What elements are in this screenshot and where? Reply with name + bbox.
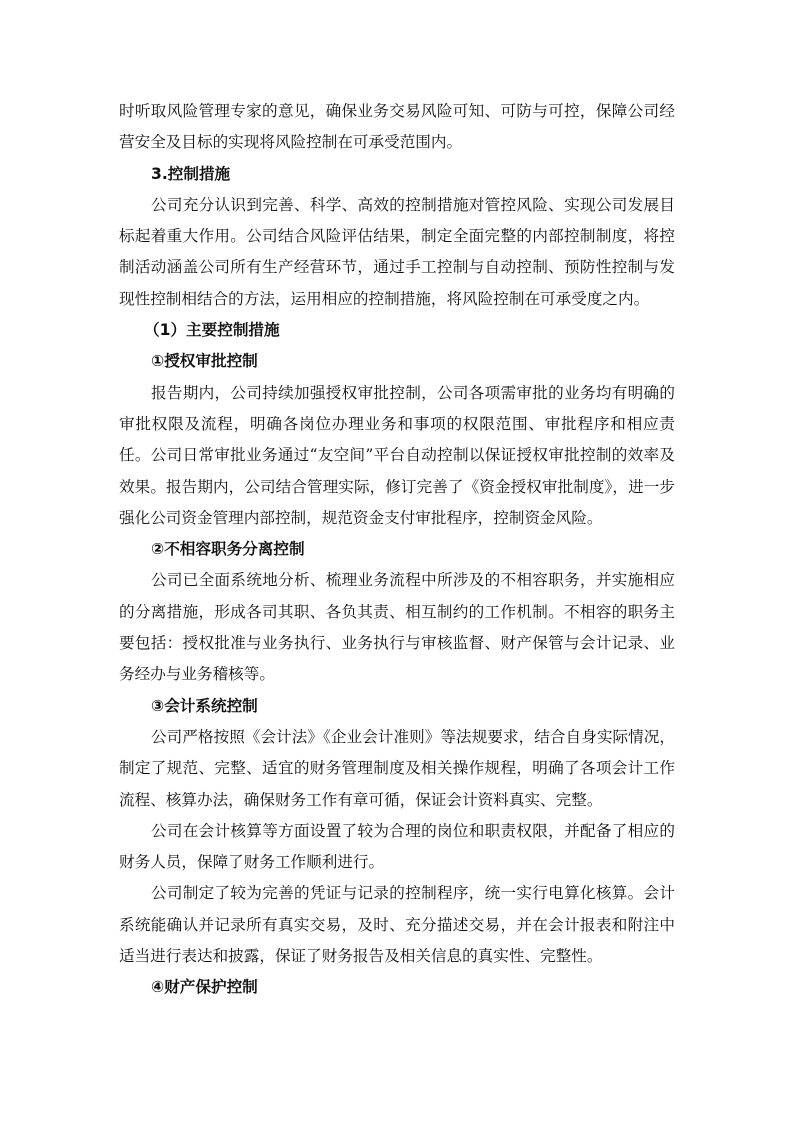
heading-duty-separation: ②不相容职务分离控制 <box>119 534 675 565</box>
heading-authorization-approval: ①授权审批控制 <box>119 346 675 377</box>
paragraph-control-measures-intro: 公司充分认识到完善、科学、高效的控制措施对管控风险、实现公司发展目标起着重大作用… <box>119 190 675 315</box>
heading-property-protection: ④财产保护控制 <box>119 972 675 1003</box>
paragraph-accounting-system-3: 公司制定了较为完善的凭证与记录的控制程序，统一实行电算化核算。会计系统能确认并记… <box>119 878 675 972</box>
paragraph-duty-separation: 公司已全面系统地分析、梳理业务流程中所涉及的不相容职务，并实施相应的分离措施，形… <box>119 565 675 690</box>
paragraph-accounting-system-2: 公司在会计核算等方面设置了较为合理的岗位和职责权限，并配备了相应的财务人员，保障… <box>119 816 675 879</box>
paragraph-risk-acceptance: 时听取风险管理专家的意见，确保业务交易风险可知、可防与可控，保障公司经营安全及目… <box>119 96 675 159</box>
paragraph-accounting-system-1: 公司严格按照《会计法》《企业会计准则》等法规要求，结合自身实际情况，制定了规范、… <box>119 722 675 816</box>
document-page: 时听取风险管理专家的意见，确保业务交易风险可知、可防与可控，保障公司经营安全及目… <box>119 96 675 1004</box>
heading-main-control-measures: （1）主要控制措施 <box>119 315 675 346</box>
heading-control-measures: 3.控制措施 <box>119 159 675 190</box>
heading-accounting-system: ③会计系统控制 <box>119 691 675 722</box>
paragraph-authorization-approval: 报告期内，公司持续加强授权审批控制，公司各项需审批的业务均有明确的审批权限及流程… <box>119 378 675 534</box>
